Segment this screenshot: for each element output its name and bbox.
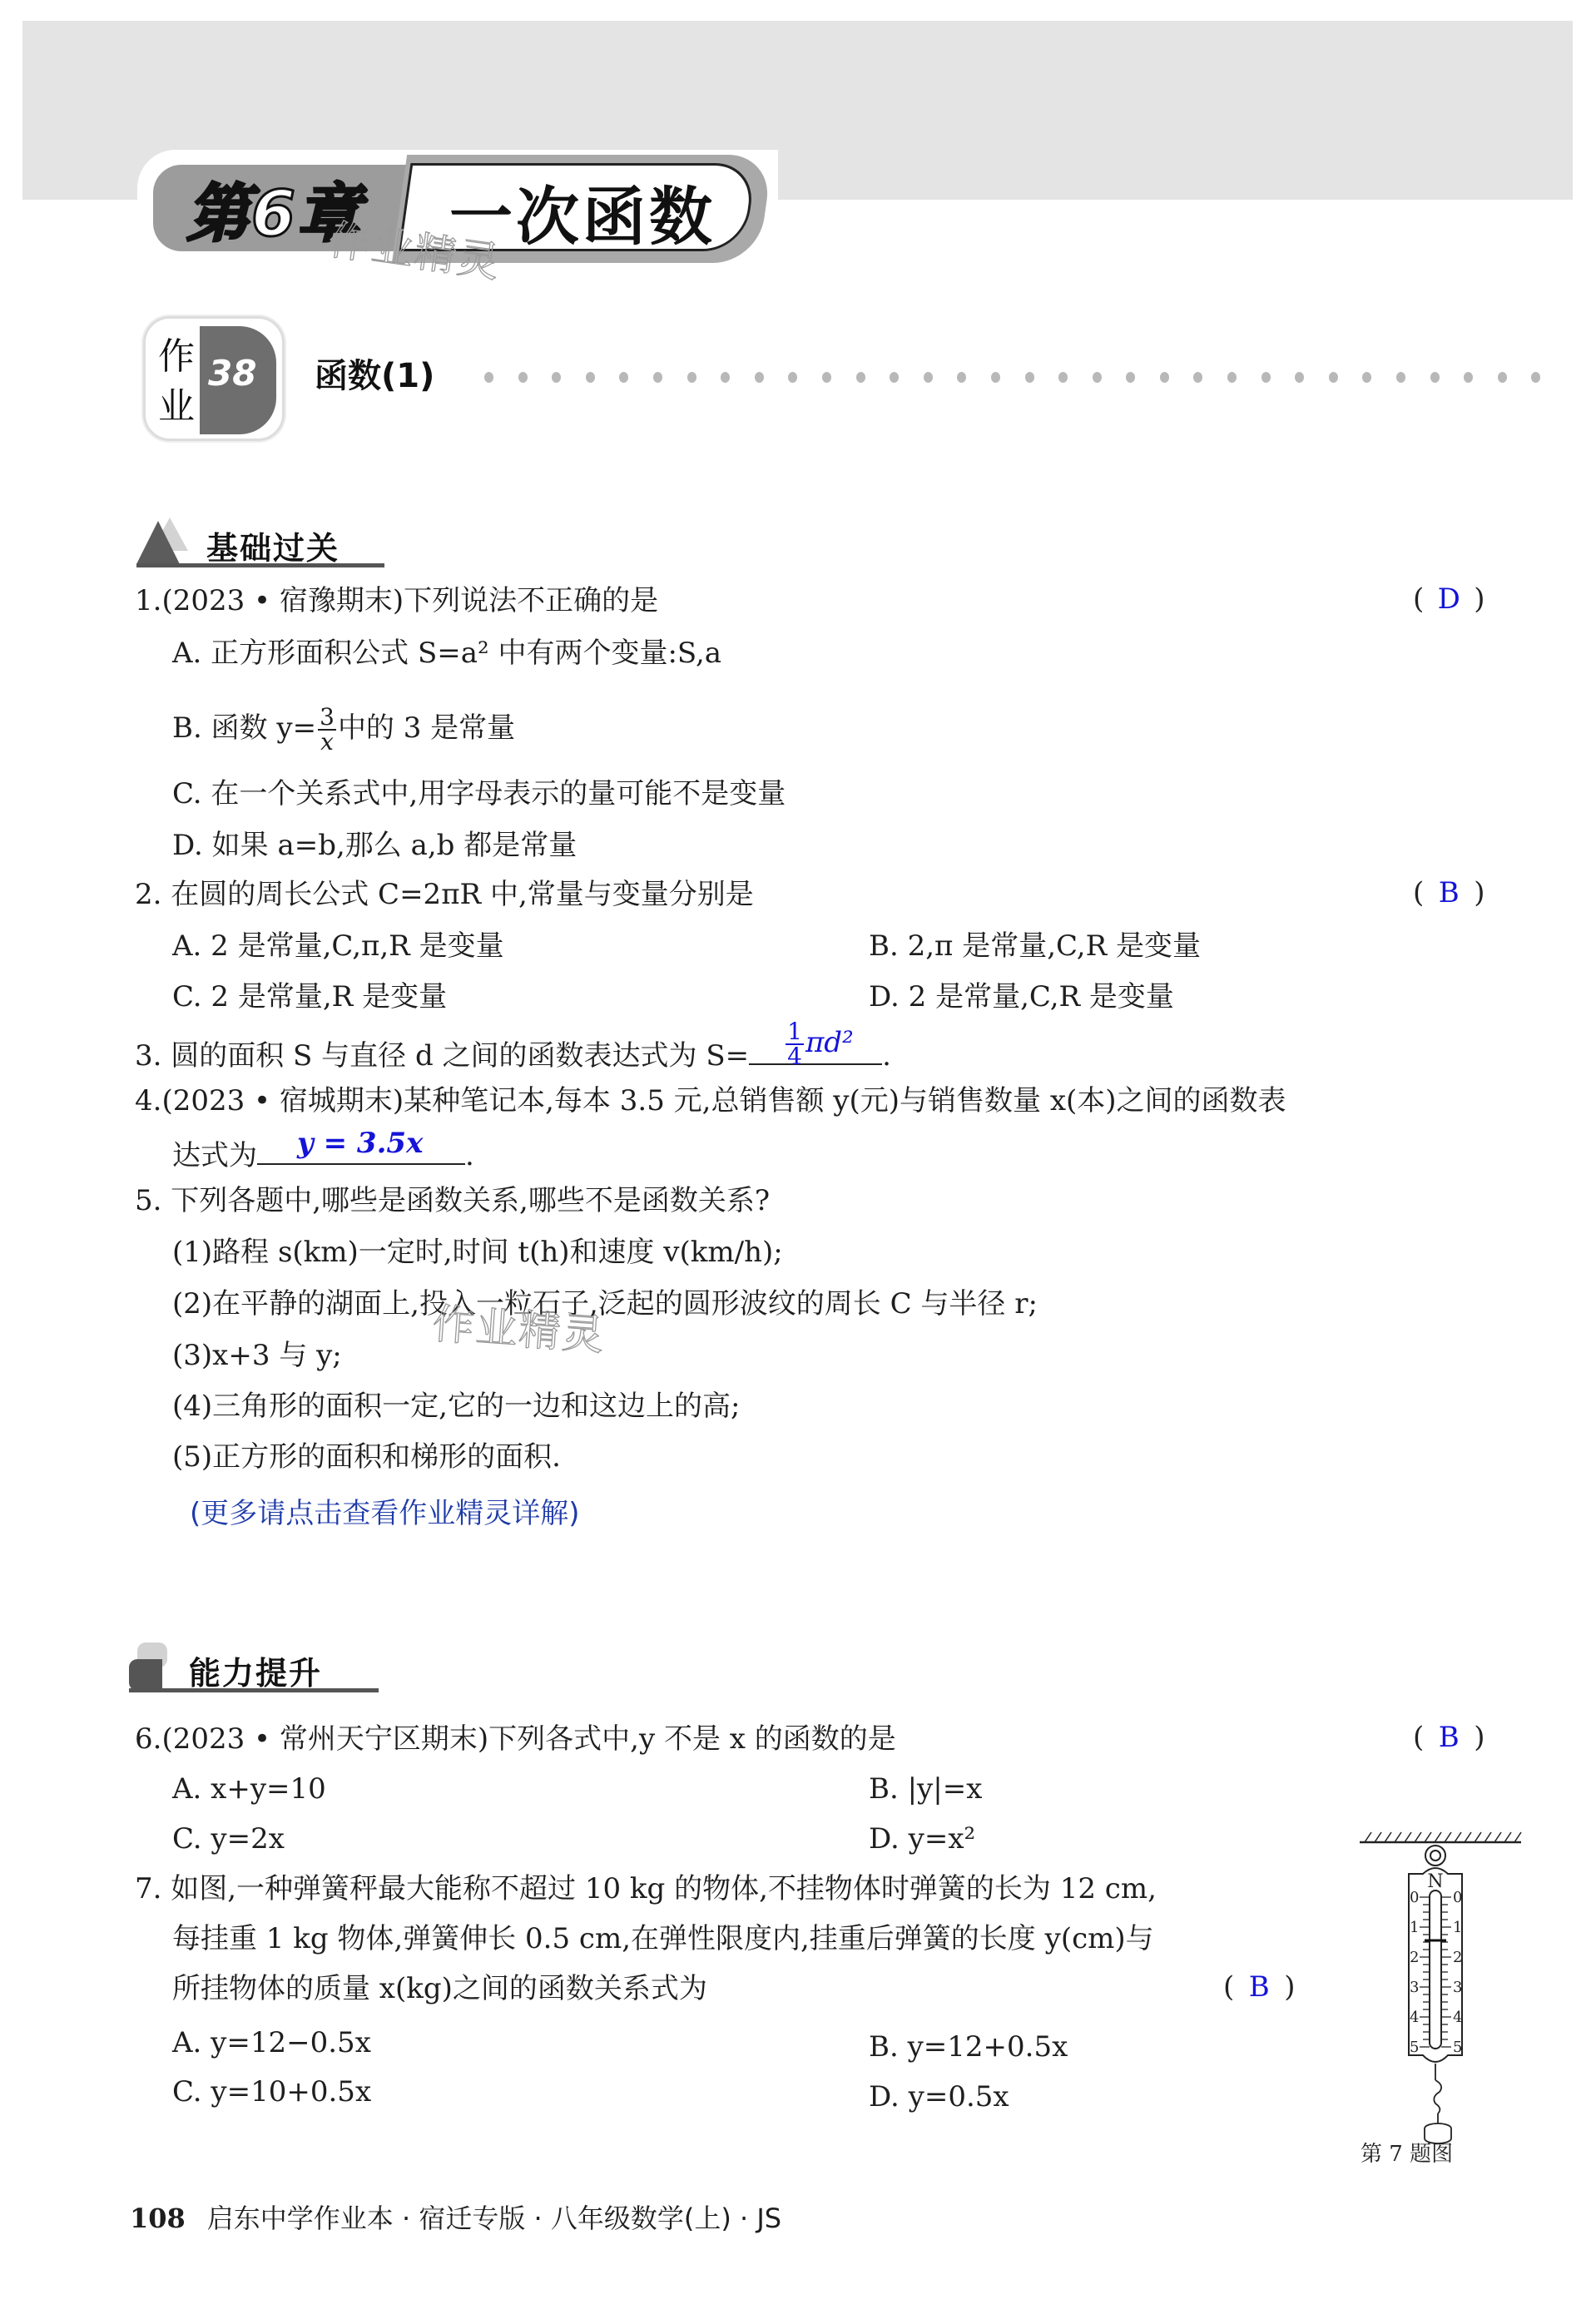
- q1-option-a: A. 正方形面积公式 S=a² 中有两个变量:S,a: [172, 637, 721, 670]
- spring-scale-figure: N 00 11 22 33 44 55: [1331, 1822, 1531, 2155]
- q1-answer: D: [1424, 582, 1474, 616]
- q3-answer-blank: 14πd²: [749, 1032, 882, 1065]
- block-icon: [129, 1659, 162, 1691]
- q5-item: (3)x+3 与 y;: [172, 1339, 342, 1372]
- q3-stem: 3. 圆的面积 S 与直径 d 之间的函数表达式为 S=14πd².: [135, 1032, 891, 1073]
- svg-text:1: 1: [1410, 1919, 1419, 1936]
- q7-option-d: D. y=0.5x: [869, 2080, 1009, 2113]
- more-details-link[interactable]: (更多请点击查看作业精灵详解): [190, 1490, 580, 1531]
- svg-text:4: 4: [1453, 2009, 1462, 2026]
- q1-option-c: C. 在一个关系式中,用字母表示的量可能不是变量: [172, 777, 786, 810]
- q7-stem-line3: 所挂物体的质量 x(kg)之间的函数关系式为: [172, 1972, 707, 2005]
- q6-stem: 6.(2023 • 常州天宁区期末)下列各式中,y 不是 x 的函数的是: [135, 1722, 896, 1756]
- q6-option-c: C. y=2x: [172, 1822, 285, 1856]
- svg-text:3: 3: [1410, 1979, 1419, 1996]
- fraction: 3x: [318, 706, 336, 754]
- q7-answer-box: (B): [1223, 1970, 1296, 2004]
- q2-stem: 2. 在圆的周长公式 C=2πR 中,常量与变量分别是: [135, 878, 754, 911]
- q1-option-d: D. 如果 a=b,那么 a,b 都是常量: [172, 829, 577, 862]
- q6-answer-box: (B): [1413, 1721, 1485, 1754]
- q1-option-b: B. 函数 y=3x中的 3 是常量: [172, 706, 515, 754]
- q5-item: (4)三角形的面积一定,它的一边和这边上的高;: [172, 1390, 740, 1423]
- q7-answer: B: [1234, 1970, 1284, 2004]
- q2-answer-box: (B): [1413, 876, 1485, 909]
- svg-text:5: 5: [1453, 2039, 1462, 2056]
- q5-item: (5)正方形的面积和梯形的面积.: [172, 1440, 561, 1474]
- q2-answer: B: [1424, 876, 1474, 909]
- q4-answer-blank: y = 3.5x: [257, 1132, 465, 1165]
- svg-text:1: 1: [1453, 1919, 1462, 1936]
- watermark: 作业精灵: [431, 1291, 608, 1362]
- section-title: 能力提升: [189, 1648, 322, 1693]
- q7-option-c: C. y=10+0.5x: [172, 2075, 371, 2108]
- homework-badge-label-bottom: 业: [158, 376, 195, 429]
- q5-item: (1)路程 s(km)一定时,时间 t(h)和速度 v(km/h);: [172, 1236, 783, 1269]
- q4-stem-line2: 达式为y = 3.5x.: [172, 1132, 474, 1172]
- figure-caption: 第 7 题图: [1361, 2137, 1453, 2168]
- q4-stem-line1: 4.(2023 • 宿城期末)某种笔记本,每本 3.5 元,总销售额 y(元)与…: [135, 1084, 1286, 1117]
- svg-text:0: 0: [1410, 1889, 1419, 1906]
- q2-option-b: B. 2,π 是常量,C,R 是变量: [869, 929, 1201, 963]
- q1-answer-box: (D): [1413, 582, 1485, 616]
- q5-stem: 5. 下列各题中,哪些是函数关系,哪些不是函数关系?: [135, 1184, 770, 1217]
- q7-option-b: B. y=12+0.5x: [869, 2030, 1068, 2064]
- q6-option-b: B. |y|=x: [869, 1772, 982, 1806]
- q2-option-d: D. 2 是常量,C,R 是变量: [869, 980, 1174, 1013]
- section-header-advanced: 能力提升: [129, 1643, 379, 1692]
- q7-stem-line2: 每挂重 1 kg 物体,弹簧伸长 0.5 cm,在弹性限度内,挂重后弹簧的长度 …: [172, 1922, 1154, 1955]
- svg-text:N: N: [1427, 1871, 1443, 1892]
- book-title: 启东中学作业本 · 宿迁专版 · 八年级数学(上) · JS: [207, 2203, 781, 2234]
- homework-title: 函数(1): [315, 349, 434, 397]
- q6-answer: B: [1424, 1721, 1474, 1754]
- page-footer: 108启东中学作业本 · 宿迁专版 · 八年级数学(上) · JS: [130, 2198, 781, 2236]
- q7-stem-line1: 7. 如图,一种弹簧秤最大能称不超过 10 kg 的物体,不挂物体时弹簧的长为 …: [135, 1872, 1157, 1905]
- svg-text:2: 2: [1410, 1949, 1419, 1966]
- svg-text:2: 2: [1453, 1949, 1462, 1966]
- q6-option-a: A. x+y=10: [172, 1772, 326, 1806]
- q7-option-a: A. y=12−0.5x: [172, 2026, 371, 2059]
- section-header-basic: 基础过关: [136, 518, 384, 567]
- q6-option-d: D. y=x²: [869, 1822, 975, 1856]
- svg-text:4: 4: [1410, 2009, 1419, 2026]
- page-number: 108: [130, 2203, 186, 2234]
- svg-text:5: 5: [1410, 2039, 1419, 2056]
- svg-text:0: 0: [1453, 1889, 1462, 1906]
- svg-text:3: 3: [1453, 1979, 1462, 1996]
- q2-option-a: A. 2 是常量,C,π,R 是变量: [172, 929, 504, 963]
- q1-stem: 1.(2023 • 宿豫期末)下列说法不正确的是: [135, 584, 658, 617]
- q2-option-c: C. 2 是常量,R 是变量: [172, 980, 447, 1013]
- triangle-icon: [136, 521, 180, 564]
- fraction: 14: [786, 1020, 804, 1068]
- dotted-leader: [484, 372, 1540, 383]
- homework-badge-label-top: 作: [158, 326, 195, 379]
- homework-number: 38: [208, 353, 256, 394]
- section-title: 基础过关: [206, 523, 340, 568]
